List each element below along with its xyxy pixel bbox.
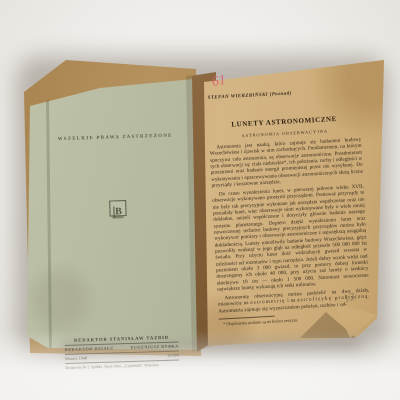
section-editor-label: REDAKTOR DZIAŁU — [65, 346, 114, 353]
colophon: REDAKTOR STANISŁAW TAZBIR REDAKTOR DZIAŁ… — [64, 334, 179, 369]
author-byline: STEFAN WIERZBIŃSKI (Poznań) — [208, 88, 359, 101]
handwritten-page-number: 61 — [211, 73, 228, 91]
paragraph-1: Astronomia jest nauką, która zajmuje się… — [209, 137, 363, 190]
paragraph-2: Do czasu wynalezienia lunet, w pierwszej… — [212, 184, 369, 294]
publisher-mark-letter: B — [113, 206, 122, 218]
section-editor-name: EUGENIUSZ RYBKA — [130, 344, 178, 351]
left-page-content: WSZELKIE PRAWA ZASTRZEŻONE B REDAKTOR ST… — [30, 65, 205, 354]
publisher-mark: B — [109, 200, 126, 217]
right-page-content: STEFAN WIERZBIŃSKI (Poznań) LUNETY ASTRO… — [206, 76, 371, 327]
rights-notice: WSZELKIE PRAWA ZASTRZEŻONE — [32, 133, 198, 143]
photo-background: WSZELKIE PRAWA ZASTRZEŻONE B REDAKTOR ST… — [0, 0, 400, 400]
issue-date: Marzec 1948 — [65, 356, 87, 362]
print-run: 20.000 — [167, 353, 179, 358]
